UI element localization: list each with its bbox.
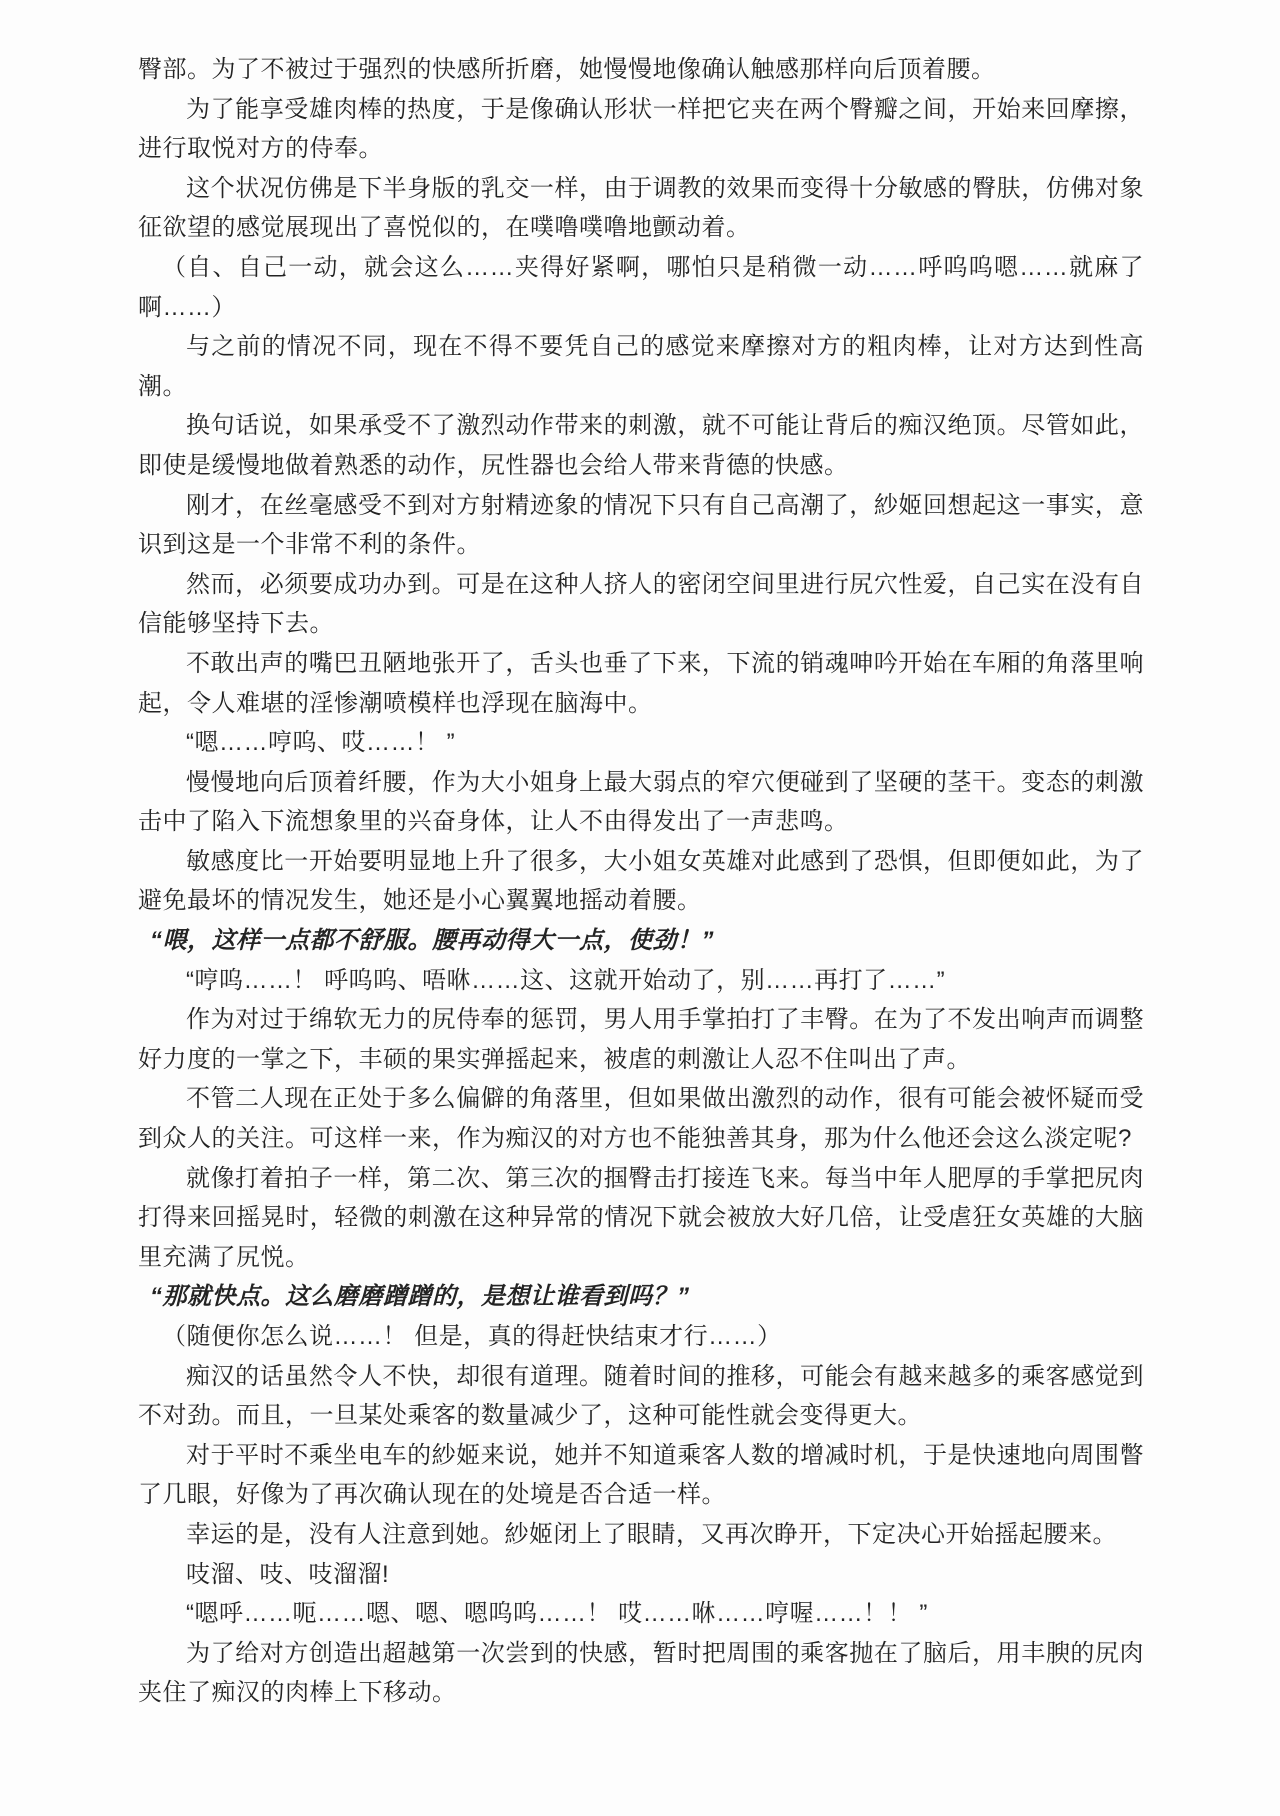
paragraph: “嗯呼……呃……嗯、嗯、嗯呜呜……！ 哎……咻……哼喔……！！ ” (138, 1594, 1144, 1634)
paragraph: “那就快点。这么磨磨蹭蹭的，是想让谁看到吗？” (138, 1277, 1144, 1317)
paragraph: 这个状况仿佛是下半身版的乳交一样，由于调教的效果而变得十分敏感的臀肤，仿佛对象征… (138, 169, 1144, 248)
paragraph: 为了给对方创造出超越第一次尝到的快感，暂时把周围的乘客抛在了脑后，用丰腴的尻肉夹… (138, 1634, 1144, 1713)
paragraph: “哼呜……！ 呼呜呜、唔咻……这、这就开始动了，别……再打了……” (138, 961, 1144, 1001)
paragraph: 慢慢地向后顶着纤腰，作为大小姐身上最大弱点的窄穴便碰到了坚硬的茎干。变态的刺激击… (138, 763, 1144, 842)
paragraph: 痴汉的话虽然令人不快，却很有道理。随着时间的推移，可能会有越来越多的乘客感觉到不… (138, 1357, 1144, 1436)
paragraph: 不敢出声的嘴巴丑陋地张开了，舌头也垂了下来，下流的销魂呻吟开始在车厢的角落里响起… (138, 644, 1144, 723)
paragraph: 就像打着拍子一样，第二次、第三次的掴臀击打接连飞来。每当中年人肥厚的手掌把尻肉打… (138, 1159, 1144, 1278)
paragraph: 刚才，在丝毫感受不到对方射精迹象的情况下只有自己高潮了，紗姬回想起这一事实，意识… (138, 486, 1144, 565)
paragraph: 吱溜、吱、吱溜溜! (138, 1555, 1144, 1595)
paragraph: 换句话说，如果承受不了激烈动作带来的刺激，就不可能让背后的痴汉绝顶。尽管如此，即… (138, 406, 1144, 485)
paragraph: 臀部。为了不被过于强烈的快感所折磨，她慢慢地像确认触感那样向后顶着腰。 (138, 50, 1144, 90)
paragraph: 对于平时不乘坐电车的紗姬来说，她并不知道乘客人数的增减时机，于是快速地向周围瞥了… (138, 1436, 1144, 1515)
paragraph: 作为对过于绵软无力的尻侍奉的惩罚，男人用手掌拍打了丰臀。在为了不发出响声而调整好… (138, 1000, 1144, 1079)
paragraph: 然而，必须要成功办到。可是在这种人挤人的密闭空间里进行尻穴性爱，自己实在没有自信… (138, 565, 1144, 644)
paragraph: 敏感度比一开始要明显地上升了很多，大小姐女英雄对此感到了恐惧，但即便如此，为了避… (138, 842, 1144, 921)
paragraph: （随便你怎么说……！ 但是，真的得赶快结束才行……） (138, 1317, 1144, 1357)
paragraph: （自、自己一动，就会这么……夹得好紧啊，哪怕只是稍微一动……呼呜呜嗯……就麻了啊… (138, 248, 1144, 327)
paragraph: 为了能享受雄肉棒的热度，于是像确认形状一样把它夹在两个臀瓣之间，开始来回摩擦，进… (138, 90, 1144, 169)
paragraph: 不管二人现在正处于多么偏僻的角落里，但如果做出激烈的动作，很有可能会被怀疑而受到… (138, 1079, 1144, 1158)
paragraph: 与之前的情况不同，现在不得不要凭自己的感觉来摩擦对方的粗肉棒，让对方达到性高潮。 (138, 327, 1144, 406)
paragraph: “喂，这样一点都不舒服。腰再动得大一点，使劲！” (138, 921, 1144, 961)
paragraph: “嗯……哼呜、哎……！ ” (138, 723, 1144, 763)
document-page: 臀部。为了不被过于强烈的快感所折磨，她慢慢地像确认触感那样向后顶着腰。为了能享受… (0, 0, 1280, 1816)
paragraph: 幸运的是，没有人注意到她。紗姬闭上了眼睛，又再次睁开，下定决心开始摇起腰来。 (138, 1515, 1144, 1555)
text-block: 臀部。为了不被过于强烈的快感所折磨，她慢慢地像确认触感那样向后顶着腰。为了能享受… (138, 50, 1144, 1713)
